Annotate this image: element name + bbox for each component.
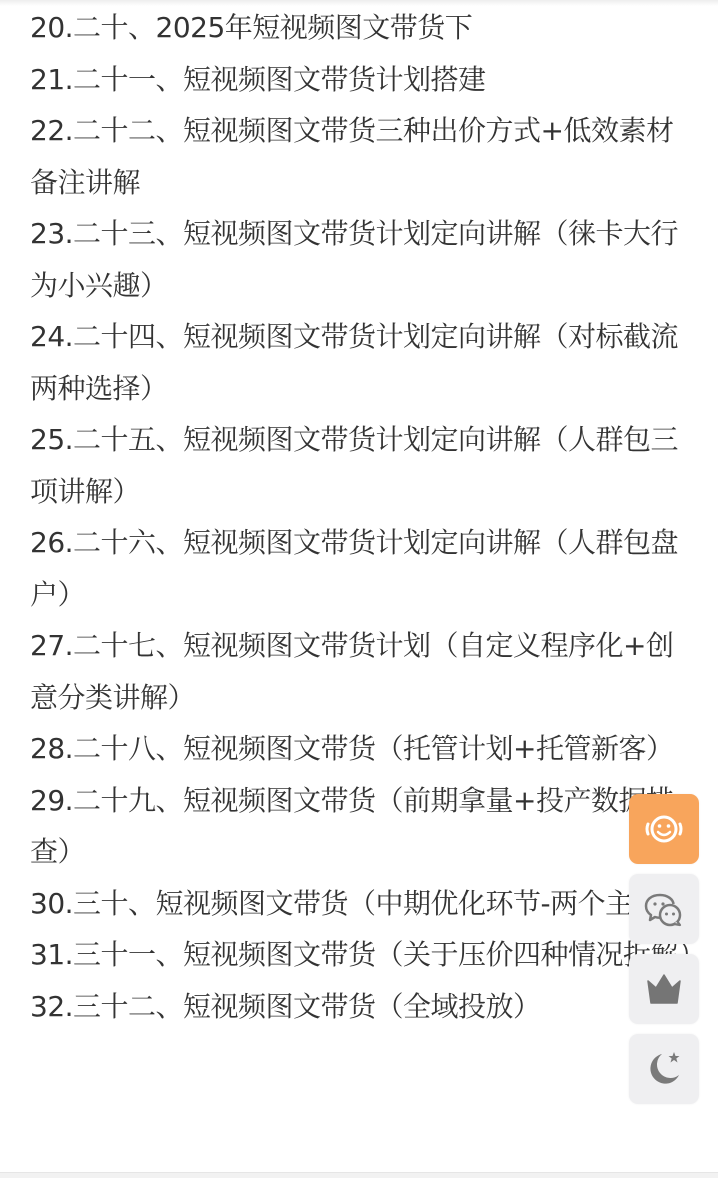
moon-star-icon [642, 1047, 686, 1091]
list-item[interactable]: 21.二十一、短视频图文带货计划搭建 [30, 54, 694, 106]
list-item[interactable]: 26.二十六、短视频图文带货计划定向讲解（人群包盘户） [30, 517, 694, 620]
list-item[interactable]: 20.二十、2025年短视频图文带货下 [30, 2, 694, 54]
vip-button[interactable] [629, 954, 699, 1024]
list-item[interactable]: 29.二十九、短视频图文带货（前期拿量+投产数据排查） [30, 775, 694, 878]
list-item[interactable]: 31.三十一、短视频图文带货（关于压价四种情况拆解） [30, 929, 694, 981]
dark-mode-button[interactable] [629, 1034, 699, 1104]
smiley-headset-icon [642, 807, 686, 851]
customer-service-button[interactable] [629, 794, 699, 864]
list-item[interactable]: 24.二十四、短视频图文带货计划定向讲解（对标截流两种选择） [30, 311, 694, 414]
list-item[interactable]: 25.二十五、短视频图文带货计划定向讲解（人群包三项讲解） [30, 414, 694, 517]
wechat-button[interactable] [629, 874, 699, 944]
crown-icon [642, 967, 686, 1011]
list-item[interactable]: 32.三十二、短视频图文带货（全域投放） [30, 981, 694, 1033]
list-item[interactable]: 27.二十七、短视频图文带货计划（自定义程序化+创意分类讲解） [30, 620, 694, 723]
list-item[interactable]: 23.二十三、短视频图文带货计划定向讲解（徕卡大行为小兴趣） [30, 208, 694, 311]
course-list: 20.二十、2025年短视频图文带货下 21.二十一、短视频图文带货计划搭建 2… [30, 2, 694, 1032]
list-item[interactable]: 30.三十、短视频图文带货（中期优化环节-两个主力） [30, 878, 694, 930]
list-item[interactable]: 28.二十八、短视频图文带货（托管计划+托管新客） [30, 723, 694, 775]
bottom-divider [0, 1172, 718, 1178]
list-item[interactable]: 22.二十二、短视频图文带货三种出价方式+低效素材备注讲解 [30, 105, 694, 208]
wechat-icon [642, 887, 686, 931]
